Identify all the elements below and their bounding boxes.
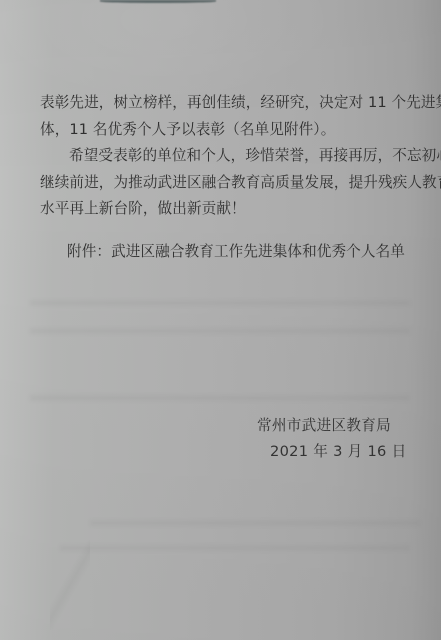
body-line: 希望受表彰的单位和个人，珍惜荣誉，再接再厉，不忘初心， xyxy=(40,143,425,170)
paper-crease xyxy=(50,540,90,630)
document-body: 表彰先进，树立榜样，再创佳绩，经研究，决定对 11 个先进集 体，11 名优秀个… xyxy=(40,90,425,223)
attachment-note: 附件：武进区融合教育工作先进集体和优秀个人名单 xyxy=(67,240,405,261)
issuer-signature: 常州市武进区教育局 xyxy=(257,414,391,435)
paragraph-commendation: 表彰先进，树立榜样，再创佳绩，经研究，决定对 11 个先进集 体，11 名优秀个… xyxy=(40,90,425,143)
show-through-line xyxy=(30,300,410,306)
issue-date: 2021 年 3 月 16 日 xyxy=(270,440,406,461)
body-line: 表彰先进，树立榜样，再创佳绩，经研究，决定对 11 个先进集 xyxy=(40,90,425,117)
top-edge-shadow xyxy=(100,0,216,3)
show-through-line xyxy=(30,328,410,334)
paragraph-expectation: 希望受表彰的单位和个人，珍惜荣誉，再接再厉，不忘初心， 继续前进，为推动武进区融… xyxy=(40,143,425,223)
body-line: 体，11 名优秀个人予以表彰（名单见附件）。 xyxy=(40,117,425,144)
show-through-line xyxy=(90,520,420,526)
show-through-line xyxy=(30,395,410,401)
body-line: 继续前进，为推动武进区融合教育高质量发展，提升残疾人教育 xyxy=(40,170,425,197)
show-through-line xyxy=(60,545,410,551)
body-line: 水平再上新台阶，做出新贡献！ xyxy=(40,196,425,223)
